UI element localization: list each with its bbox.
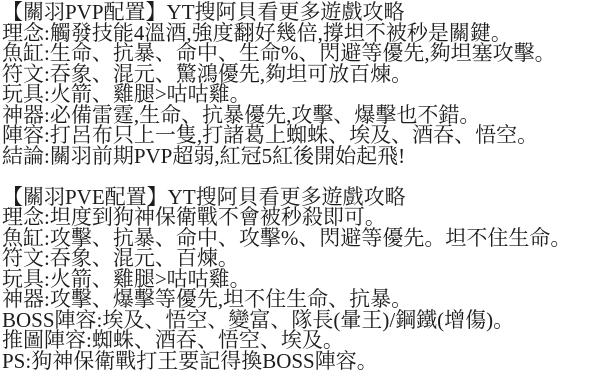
pve-line-map-lineup: 推圖陣容:蜘蛛、酒吞、悟空、埃及。 [2,330,605,351]
pvp-line-artifacts: 神器:必備雷霆,生命、抗暴優先,攻擊、爆擊也不錯。 [2,105,605,126]
game-guide-document: 【關羽PVP配置】YT搜阿貝看更多遊戲攻略 理念:觸發技能4溫酒,強度翻好幾倍,… [0,0,605,371]
pve-config-section: 【關羽PVE配置】YT搜阿貝看更多遊戲攻略 理念:坦度到狗神保衛戰不會被秒殺即可… [2,187,605,372]
pvp-line-runes: 符文:吞象、混元、驚鴻優先,夠坦可放百煉。 [2,64,605,85]
pve-line-ps-note: PS:狗神保衛戰打王要記得換BOSS陣容。 [2,351,605,372]
pve-line-runes: 符文:吞象、混元、百煉。 [2,248,605,269]
pve-line-artifacts: 神器:攻擊、爆擊等優先,坦不住生命、抗暴。 [2,289,605,310]
pve-section-title: 【關羽PVE配置】YT搜阿貝看更多遊戲攻略 [2,187,605,208]
pve-line-fishtank: 魚缸:攻擊、抗暴、命中、攻擊%、閃避等優先。坦不住生命。 [2,228,605,249]
pvp-section-title: 【關羽PVP配置】YT搜阿貝看更多遊戲攻略 [2,2,605,23]
pve-line-boss-lineup: BOSS陣容:埃及、悟空、變富、隊長(暈王)/鋼鐵(增傷)。 [2,310,605,331]
pvp-line-toys: 玩具:火箭、雞腿>咕咕雞。 [2,84,605,105]
pvp-line-lineup: 陣容:打呂布只上一隻,打諸葛上蜘蛛、埃及、酒吞、悟空。 [2,125,605,146]
pvp-config-section: 【關羽PVP配置】YT搜阿貝看更多遊戲攻略 理念:觸發技能4溫酒,強度翻好幾倍,… [2,2,605,166]
pve-line-toys: 玩具:火箭、雞腿>咕咕雞。 [2,269,605,290]
pvp-line-concept: 理念:觸發技能4溫酒,強度翻好幾倍,撐坦不被秒是關鍵。 [2,23,605,44]
section-divider-gap [2,166,605,187]
pvp-line-fishtank: 魚缸:生命、抗暴、命中、生命%、閃避等優先,夠坦塞攻擊。 [2,43,605,64]
pvp-line-conclusion: 結論:關羽前期PVP超弱,紅冠5紅後開始起飛! [2,146,605,167]
pve-line-concept: 理念:坦度到狗神保衛戰不會被秒殺即可。 [2,207,605,228]
